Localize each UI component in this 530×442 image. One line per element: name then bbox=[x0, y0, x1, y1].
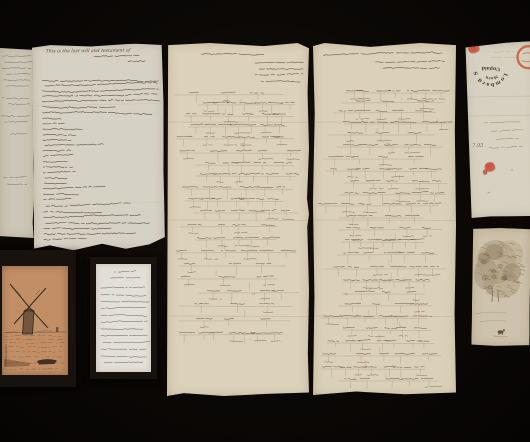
photo-canvas: This is the last will and testament of L… bbox=[0, 0, 530, 442]
seated-figure bbox=[497, 329, 504, 335]
note-handwriting bbox=[96, 264, 151, 372]
windmill-drawing-mat bbox=[0, 250, 76, 387]
genealogy-chart-left bbox=[167, 43, 309, 396]
will-handwriting bbox=[32, 43, 165, 250]
entire-letter: Lombard St Unpaid Morn 7.93 bbox=[464, 41, 530, 218]
will-heading-text: This is the last will and testament of bbox=[45, 49, 130, 55]
windmill-sketch bbox=[2, 266, 68, 375]
wax-seal-drip bbox=[483, 170, 487, 175]
wax-seal-top bbox=[468, 44, 479, 53]
genealogy-chart-right bbox=[313, 43, 456, 395]
framed-note bbox=[96, 264, 151, 372]
fragment-handwriting bbox=[0, 48, 34, 238]
windmill-drawing bbox=[2, 266, 68, 375]
tree-sketch bbox=[471, 228, 530, 347]
genealogy-right-handwriting bbox=[313, 43, 456, 395]
genealogy-left-handwriting bbox=[167, 43, 309, 396]
svg-text:Unpaid: Unpaid bbox=[481, 65, 501, 72]
red-postmark bbox=[517, 46, 530, 69]
letter-handwriting: Lombard St Unpaid Morn bbox=[464, 41, 530, 218]
will-page: This is the last will and testament of bbox=[32, 43, 165, 250]
manuscript-fragment bbox=[0, 48, 34, 238]
tree-sketch-drawing bbox=[471, 228, 530, 347]
framed-note-mat bbox=[90, 257, 157, 379]
docket-number: 7.93 bbox=[472, 143, 483, 149]
